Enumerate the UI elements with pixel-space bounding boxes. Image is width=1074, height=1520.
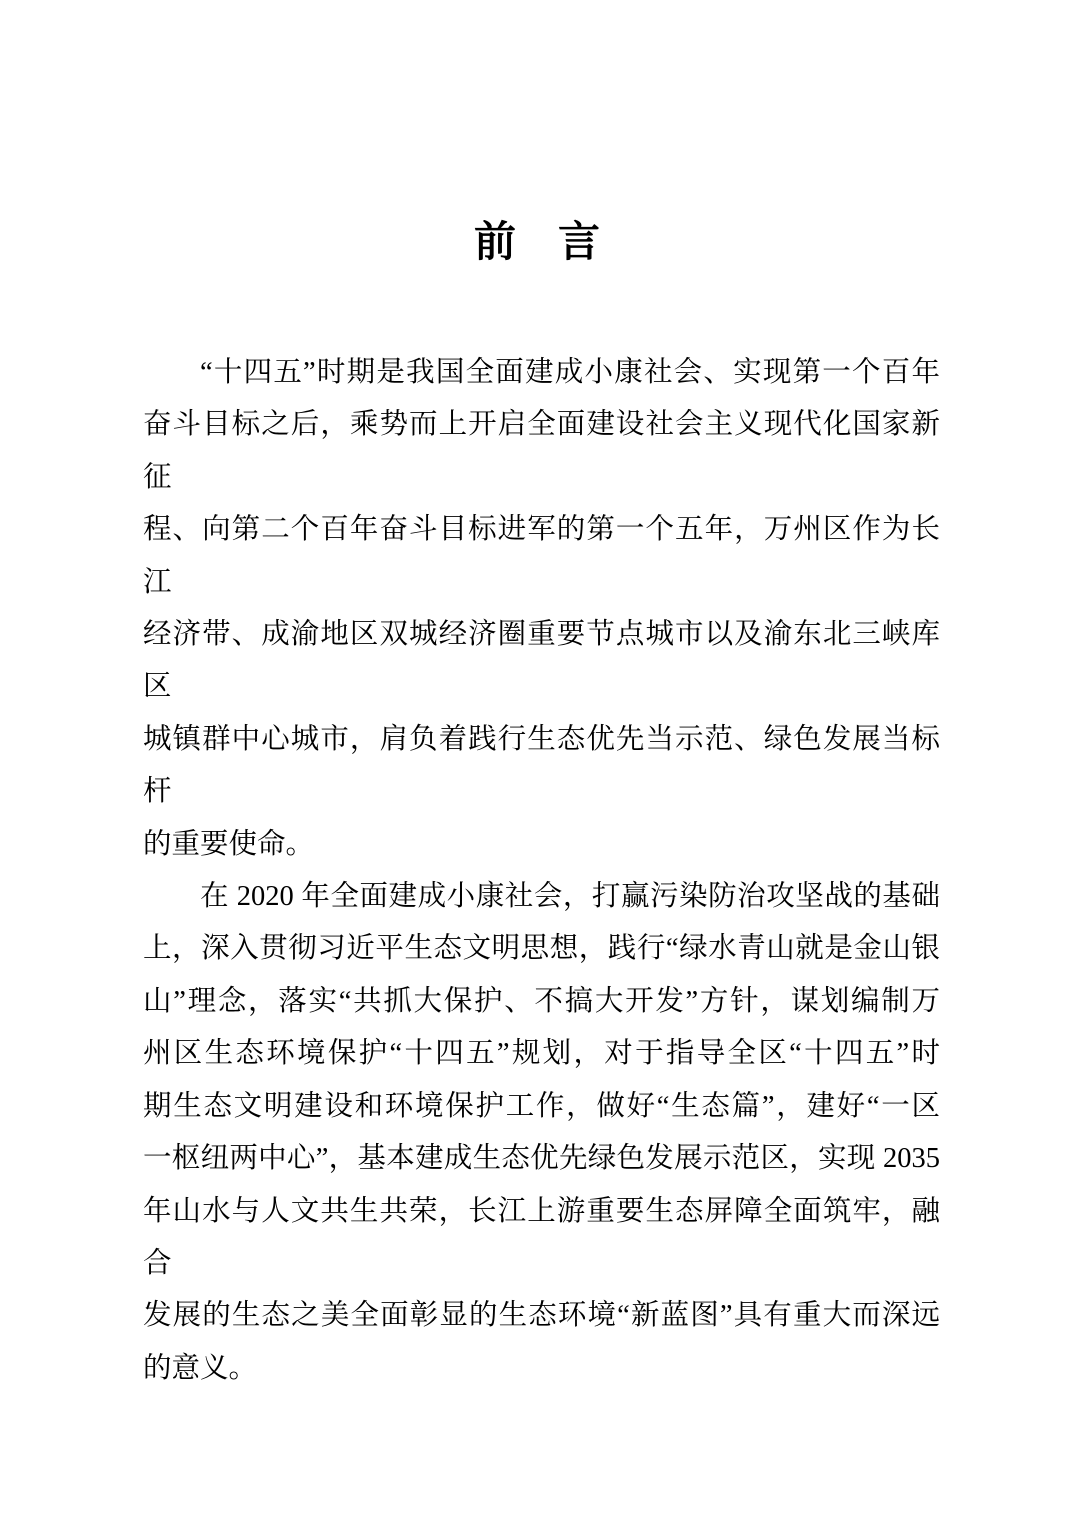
text-line: 上，深入贯彻习近平生态文明思想，践行“绿水青山就是金山银	[143, 923, 940, 975]
document-body: “十四五”时期是我国全面建成小康社会、实现第一个百年 奋斗目标之后，乘势而上开启…	[143, 347, 940, 1395]
text-line: 山”理念，落实“共抓大保护、不搞大开发”方针，谋划编制万	[143, 976, 940, 1028]
text-line: “十四五”时期是我国全面建成小康社会、实现第一个百年	[143, 347, 940, 399]
text-line: 的意义。	[143, 1343, 940, 1395]
paragraph-1: “十四五”时期是我国全面建成小康社会、实现第一个百年 奋斗目标之后，乘势而上开启…	[143, 347, 940, 871]
page-title: 前 言	[0, 221, 1074, 263]
text-line: 期生态文明建设和环境保护工作，做好“生态篇”，建好“一区	[143, 1081, 940, 1133]
text-line: 年山水与人文共生共荣，长江上游重要生态屏障全面筑牢，融合	[143, 1186, 940, 1291]
text-line: 城镇群中心城市，肩负着践行生态优先当示范、绿色发展当标杆	[143, 714, 940, 819]
document-page: 前 言 “十四五”时期是我国全面建成小康社会、实现第一个百年 奋斗目标之后，乘势…	[0, 0, 1074, 1520]
text-line: 发展的生态之美全面彰显的生态环境“新蓝图”具有重大而深远	[143, 1290, 940, 1342]
text-line: 奋斗目标之后，乘势而上开启全面建设社会主义现代化国家新征	[143, 399, 940, 504]
text-line: 一枢纽两中心”，基本建成生态优先绿色发展示范区，实现 2035	[143, 1133, 940, 1185]
text-line: 在 2020 年全面建成小康社会，打赢污染防治攻坚战的基础	[143, 871, 940, 923]
text-line: 程、向第二个百年奋斗目标进军的第一个五年，万州区作为长江	[143, 504, 940, 609]
text-line: 的重要使命。	[143, 819, 940, 871]
text-line: 经济带、成渝地区双城经济圈重要节点城市以及渝东北三峡库区	[143, 609, 940, 714]
text-line: 州区生态环境保护“十四五”规划，对于指导全区“十四五”时	[143, 1028, 940, 1080]
paragraph-2: 在 2020 年全面建成小康社会，打赢污染防治攻坚战的基础 上，深入贯彻习近平生…	[143, 871, 940, 1395]
